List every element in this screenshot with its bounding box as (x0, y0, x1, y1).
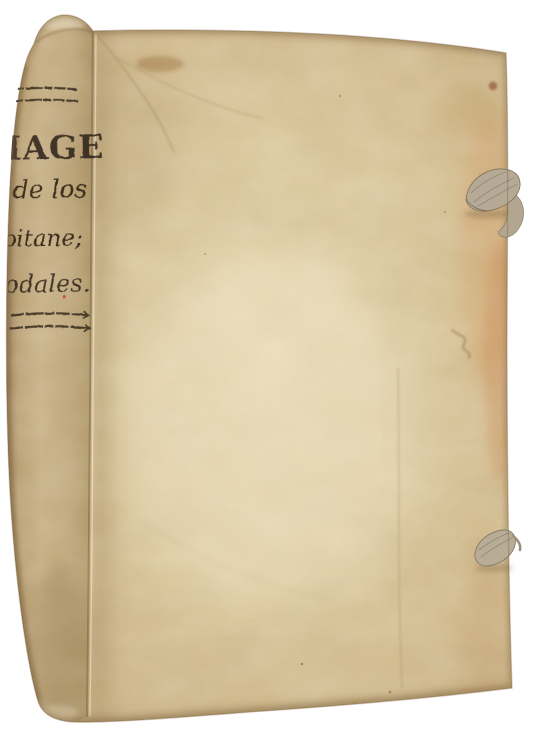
spine-title-line-1: IAGE (6, 127, 105, 168)
book: IAGE de los pitane; odales. (0, 0, 533, 744)
spine-title-line-3: pitane; (1, 225, 83, 252)
vellum-grain (0, 0, 533, 744)
book-photograph: IAGE de los pitane; odales. (0, 0, 533, 744)
spine-title-line-4: odales. (4, 269, 90, 298)
spine-title-line-2: de los (12, 174, 87, 204)
photo-stage: IAGE de los pitane; odales. (0, 0, 533, 744)
